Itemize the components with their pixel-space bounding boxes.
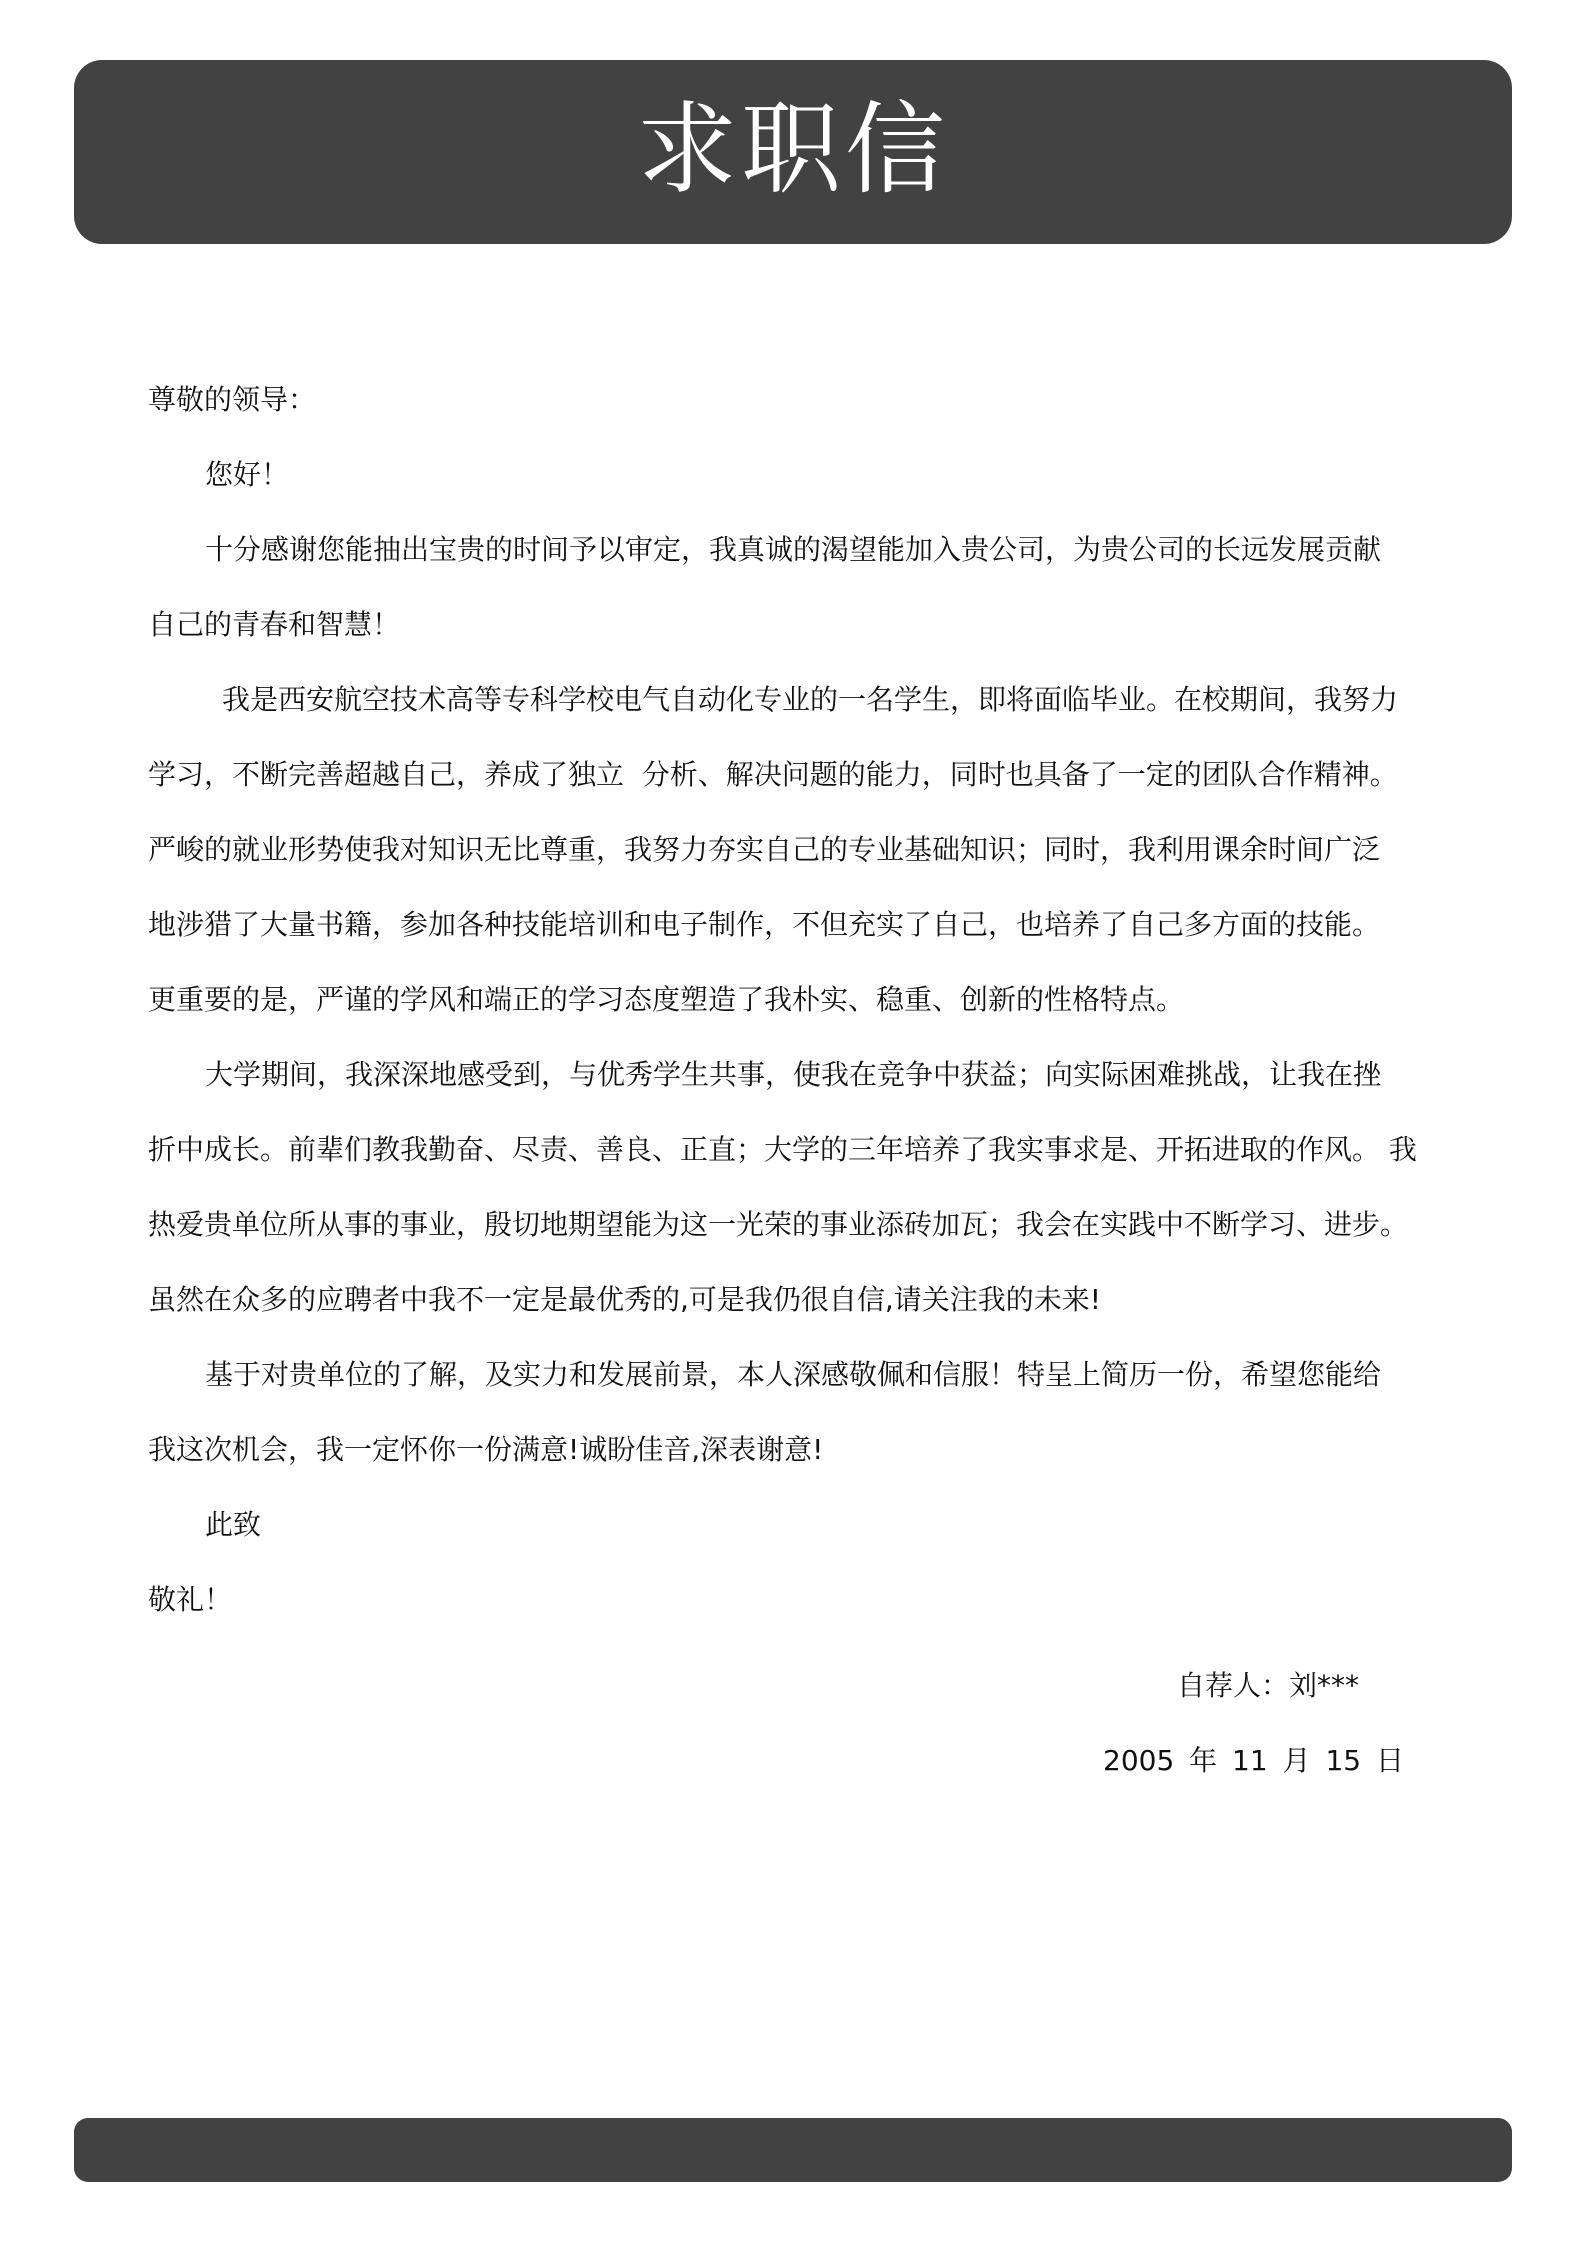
paragraph-request: 基于对贵单位的了解，及实力和发展前景，本人深感敬佩和信服！特呈上简历一份，希望您…: [148, 1337, 1448, 1487]
paragraph-line: 学习，不断完善超越自己，养成了独立 分析、解决问题的能力，同时也具备了一定的团队…: [148, 737, 1448, 812]
regards: 敬礼！: [148, 1562, 1448, 1637]
paragraph-line: 更重要的是，严谨的学风和端正的学习态度塑造了我朴实、稳重、创新的性格特点。: [148, 962, 1448, 1037]
salutation: 尊敬的领导：: [148, 362, 1448, 437]
paragraph-line: 自己的青春和智慧！: [148, 587, 1448, 662]
paragraph-line: 地涉猎了大量书籍，参加各种技能培训和电子制作，不但充实了自己，也培养了自己多方面…: [148, 887, 1448, 962]
paragraph-line: 折中成长。前辈们教我勤奋、尽责、善良、正直；大学的三年培养了我实事求是、开拓进取…: [148, 1112, 1448, 1187]
paragraph-line: 我是西安航空技术高等专科学校电气自动化专业的一名学生，即将面临毕业。在校期间，我…: [148, 662, 1448, 737]
paragraph-line: 我这次机会，我一定怀你一份满意!诚盼佳音,深表谢意!: [148, 1412, 1448, 1487]
paragraph-university: 大学期间，我深深地感受到，与优秀学生共事，使我在竞争中获益；向实际困难挑战，让我…: [148, 1037, 1448, 1337]
paragraph-line: 严峻的就业形势使我对知识无比尊重，我努力夯实自己的专业基础知识；同时，我利用课余…: [148, 812, 1448, 887]
page-title: 求职信: [637, 100, 949, 200]
paragraph-line: 基于对贵单位的了解，及实力和发展前景，本人深感敬佩和信服！特呈上简历一份，希望您…: [148, 1337, 1448, 1412]
paragraph-line: 十分感谢您能抽出宝贵的时间予以审定，我真诚的渴望能加入贵公司，为贵公司的长远发展…: [148, 512, 1448, 587]
paragraph-thanks: 十分感谢您能抽出宝贵的时间予以审定，我真诚的渴望能加入贵公司，为贵公司的长远发展…: [148, 512, 1448, 662]
paragraph-line: 热爱贵单位所从事的事业，殷切地期望能为这一光荣的事业添砖加瓦；我会在实践中不断学…: [148, 1187, 1448, 1262]
paragraph-background: 我是西安航空技术高等专科学校电气自动化专业的一名学生，即将面临毕业。在校期间，我…: [148, 662, 1448, 1037]
signer-name: 自荐人：刘***: [1177, 1648, 1359, 1723]
closing: 此致: [148, 1487, 1448, 1562]
letter-date: 2005 年 11 月 15 日: [1103, 1723, 1404, 1798]
paragraph-line: 虽然在众多的应聘者中我不一定是最优秀的,可是我仍很自信,请关注我的未来!: [148, 1262, 1448, 1337]
greeting: 您好！: [148, 437, 1448, 512]
paragraph-line: 大学期间，我深深地感受到，与优秀学生共事，使我在竞争中获益；向实际困难挑战，让我…: [148, 1037, 1448, 1112]
header-banner: 求职信: [74, 60, 1512, 244]
letter-body: 尊敬的领导： 您好！ 十分感谢您能抽出宝贵的时间予以审定，我真诚的渴望能加入贵公…: [148, 362, 1448, 1637]
footer-banner: [74, 2118, 1512, 2182]
